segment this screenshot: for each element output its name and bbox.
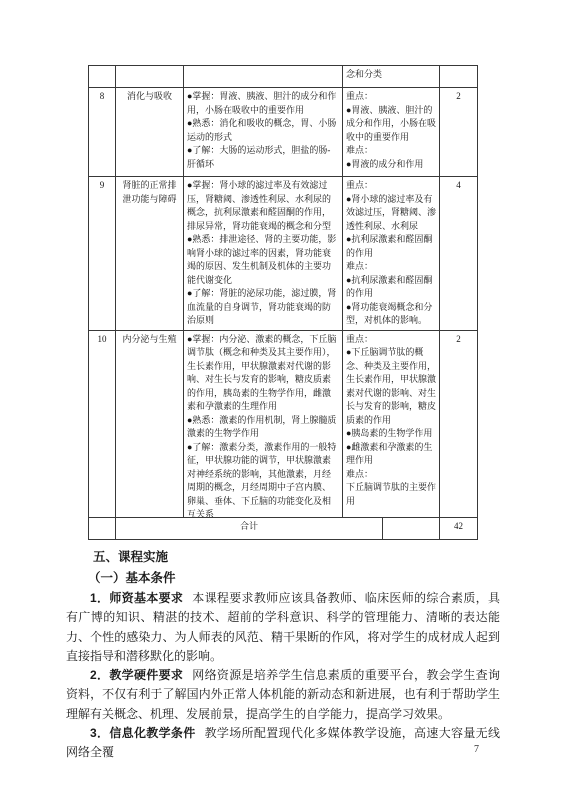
- content-item: ●掌握：肾小球的滤过率及有效滤过压，肾糖阈、渗透性利尿、水利尿的概念，抗利尿激素…: [187, 179, 339, 233]
- points-text: 念和分类: [346, 68, 436, 82]
- points-item: 难点：: [346, 260, 436, 274]
- paragraph-teacher-requirements: 1．师资基本要求本课程要求教师应该具备教师、临床医师的综合素质，具有广博的知识、…: [66, 589, 500, 666]
- content-item: ●熟悉：排泄途径、肾的主要功能，影响肾小球的滤过率的因素，肾功能衰竭的原因、发生…: [187, 233, 339, 287]
- cell-topic: [116, 66, 184, 88]
- content-item: ●了解：大肠的运动形式，胆盐的肠-肝循环: [187, 144, 339, 171]
- cell-hours: 2: [440, 88, 478, 177]
- cell-content: ●掌握：胃液、胰液、胆汁的成分和作用，小肠在吸收中的重要作用 ●熟悉：消化和吸收…: [184, 88, 343, 177]
- cell-topic: 内分泌与生殖: [116, 330, 184, 524]
- paragraph-lead: 2．教学硬件要求: [90, 668, 183, 682]
- cell-number: [89, 66, 116, 88]
- page-number: 7: [474, 744, 479, 755]
- content-item: ●熟悉：激素的作用机制，肾上腺髓质激素的生物学作用: [187, 414, 339, 441]
- points-item: 重点：: [346, 333, 436, 347]
- content-item: ●了解：激素分类，激素作用的一般特征，甲状腺功能的调节，甲状腺激素对神经系统的影…: [187, 441, 339, 522]
- points-item: ●肾功能衰竭概念和分型，对机体的影响。: [346, 301, 436, 328]
- syllabus-table-total-row: 合计 42: [88, 517, 478, 540]
- table-row-total: 合计 42: [89, 518, 478, 540]
- cell-hours: 2: [440, 330, 478, 524]
- body-text: 五、课程实施 （一）基本条件 1．师资基本要求本课程要求教师应该具备教师、临床医…: [66, 548, 500, 763]
- points-item: 难点：: [346, 468, 436, 482]
- cell-content: ●掌握：肾小球的滤过率及有效滤过压，肾糖阈、渗透性利尿、水利尿的概念，抗利尿激素…: [184, 177, 343, 331]
- cell-blank: [383, 518, 440, 540]
- points-item: ●下丘脑调节肽的概念、种类及主要作用，生长素作用，甲状腺激素对代谢的影响、对生长…: [346, 346, 436, 427]
- table-row-continuation: 念和分类: [89, 66, 478, 88]
- cell-number: 9: [89, 177, 116, 331]
- document-page: 念和分类 8 消化与吸收 ●掌握：胃液、胰液、胆汁的成分和作用，小肠在吸收中的重…: [0, 0, 566, 800]
- paragraph-it-conditions: 3．信息化教学条件教学场所配置现代化多媒体教学设施，高速大容量无线网络全覆: [66, 724, 500, 763]
- points-item: ●胃液的成分和作用: [346, 158, 436, 172]
- points-item: ●胰岛素的生物学作用: [346, 427, 436, 441]
- points-item: ●抗利尿激素和醛固酮的作用: [346, 274, 436, 301]
- cell-blank: [89, 518, 116, 540]
- paragraph-hardware-requirements: 2．教学硬件要求网络资源是培养学生信息素质的重要平台，教会学生查询资料，不仅有利…: [66, 666, 500, 724]
- cell-number: 8: [89, 88, 116, 177]
- table-row-9: 9 肾脏的正常排泄功能与障碍 ●掌握：肾小球的滤过率及有效滤过压，肾糖阈、渗透性…: [89, 177, 478, 331]
- points-item: 下丘脑调节肽的主要作用: [346, 481, 436, 508]
- points-item: 难点：: [346, 144, 436, 158]
- content-item: ●熟悉：消化和吸收的概念，胃、小肠运动的形式: [187, 117, 339, 144]
- cell-total-label: 合计: [116, 518, 383, 540]
- table-row-10: 10 内分泌与生殖 ●掌握：内分泌、激素的概念，下丘脑调节肽（概念和种类及其主要…: [89, 330, 478, 524]
- cell-content: ●掌握：内分泌、激素的概念，下丘脑调节肽（概念和种类及其主要作用），生长素作用，…: [184, 330, 343, 524]
- points-item: 重点：: [346, 90, 436, 104]
- cell-points: 念和分类: [343, 66, 440, 88]
- subsection-heading: （一）基本条件: [88, 569, 500, 588]
- cell-content: [184, 66, 343, 88]
- cell-points: 重点： ●肾小球的滤过率及有效滤过压，肾糖阈、渗透性利尿、水利尿 ●抗利尿激素和…: [343, 177, 440, 331]
- content-item: ●掌握：内分泌、激素的概念，下丘脑调节肽（概念和种类及其主要作用），生长素作用，…: [187, 333, 339, 414]
- syllabus-table: 念和分类 8 消化与吸收 ●掌握：胃液、胰液、胆汁的成分和作用，小肠在吸收中的重…: [88, 65, 478, 525]
- table-row-8: 8 消化与吸收 ●掌握：胃液、胰液、胆汁的成分和作用，小肠在吸收中的重要作用 ●…: [89, 88, 478, 177]
- content-item: ●了解：肾脏的泌尿功能，滤过膜，肾血流量的自身调节，肾功能衰竭的防治原则: [187, 287, 339, 328]
- points-item: ●胃液、胰液、胆汁的成分和作用，小肠在吸收中的重要作用: [346, 104, 436, 145]
- cell-topic: 肾脏的正常排泄功能与障碍: [116, 177, 184, 331]
- points-item: ●雌激素和孕激素的生理作用: [346, 441, 436, 468]
- paragraph-lead: 1．师资基本要求: [90, 591, 183, 605]
- cell-points: 重点： ●胃液、胰液、胆汁的成分和作用，小肠在吸收中的重要作用 难点： ●胃液的…: [343, 88, 440, 177]
- cell-total-hours: 42: [440, 518, 478, 540]
- paragraph-lead: 3．信息化教学条件: [90, 726, 196, 740]
- points-item: ●抗利尿激素和醛固酮的作用: [346, 233, 436, 260]
- cell-hours: 4: [440, 177, 478, 331]
- cell-topic: 消化与吸收: [116, 88, 184, 177]
- cell-number: 10: [89, 330, 116, 524]
- cell-points: 重点： ●下丘脑调节肽的概念、种类及主要作用，生长素作用，甲状腺激素对代谢的影响…: [343, 330, 440, 524]
- cell-hours: [440, 66, 478, 88]
- points-item: ●肾小球的滤过率及有效滤过压，肾糖阈、渗透性利尿、水利尿: [346, 193, 436, 234]
- content-item: ●掌握：胃液、胰液、胆汁的成分和作用，小肠在吸收中的重要作用: [187, 90, 339, 117]
- section-heading: 五、课程实施: [93, 548, 500, 567]
- points-item: 重点：: [346, 179, 436, 193]
